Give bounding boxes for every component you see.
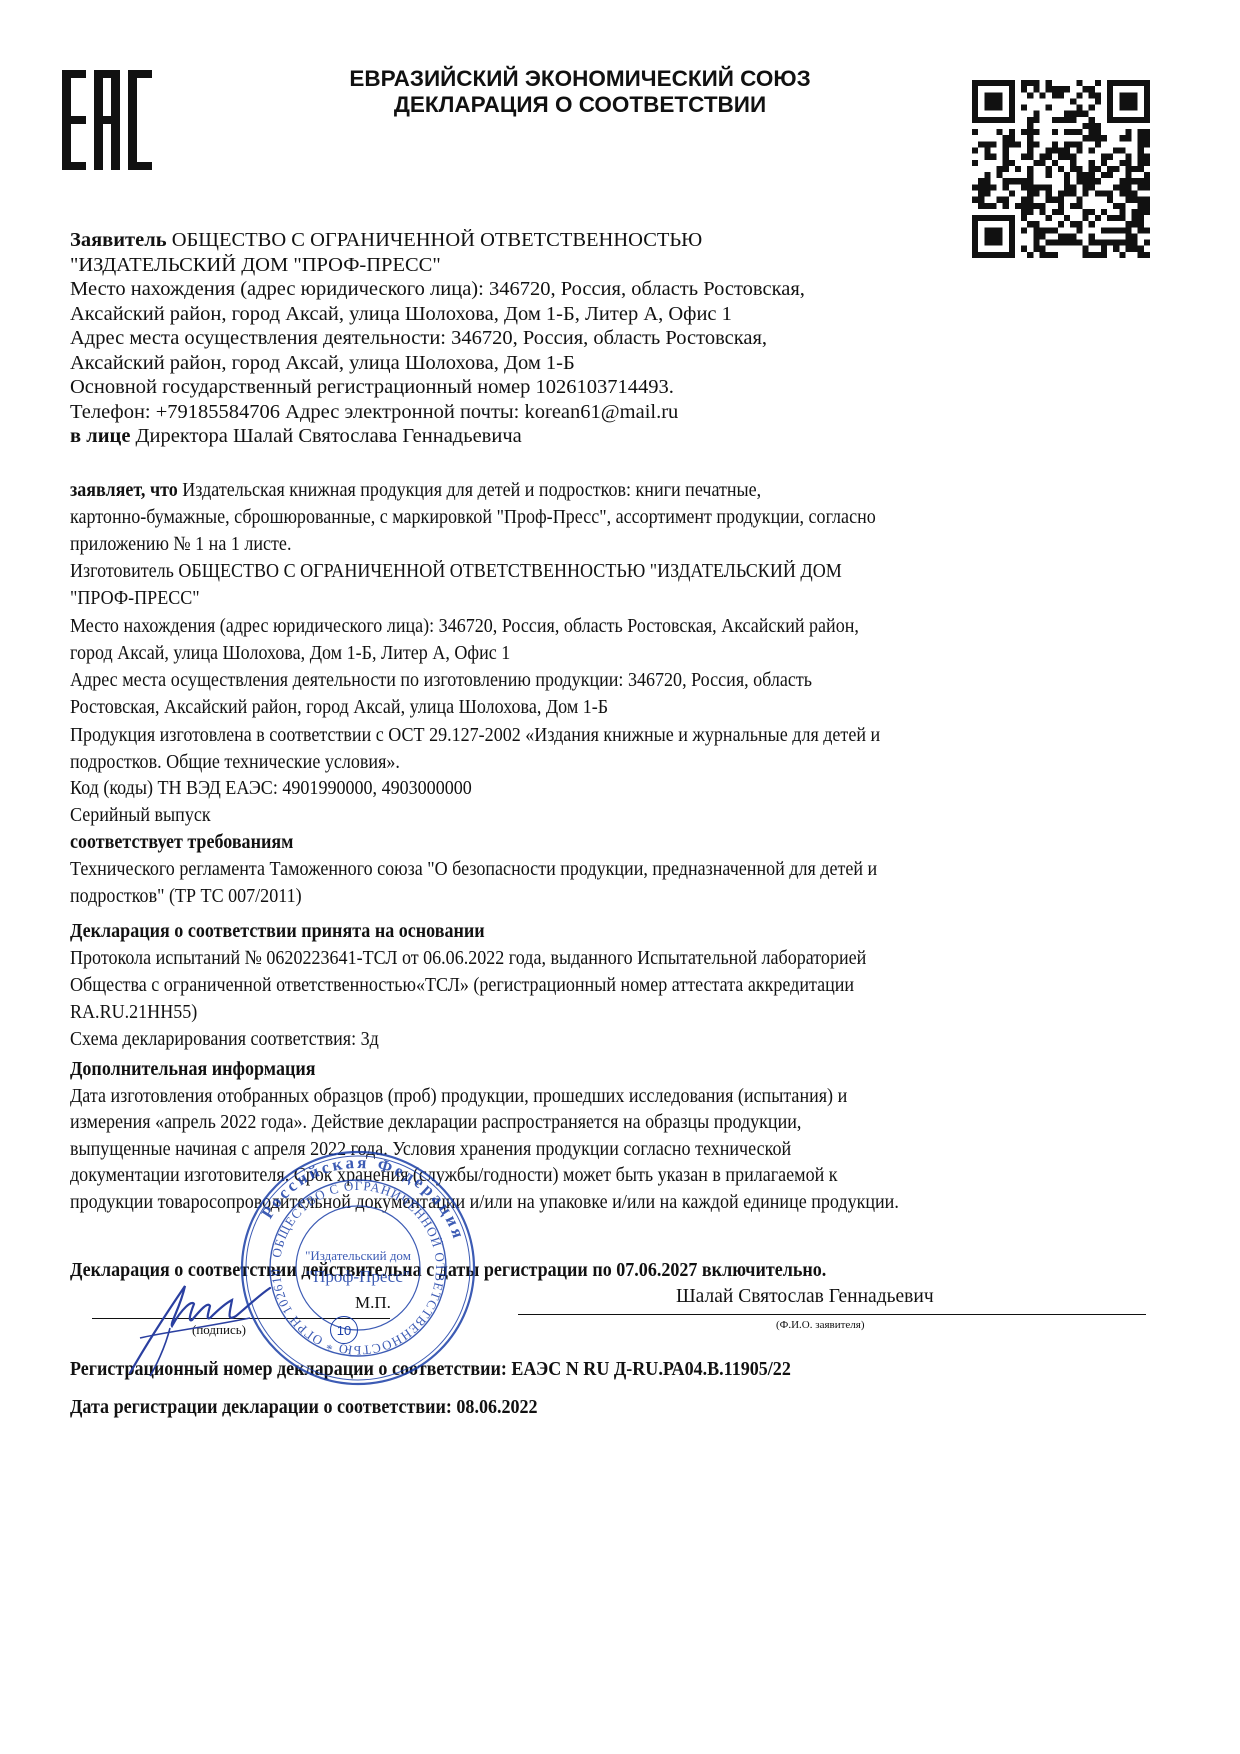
title-declaration: ДЕКЛАРАЦИЯ О СООТВЕТСТВИИ — [300, 92, 860, 118]
applicant-contacts: Телефон: +79185584706 Адрес электронной … — [70, 400, 805, 425]
additional-line-5: продукции товаросопроводительной докумен… — [70, 1189, 899, 1216]
validity-statement: Декларация о соответствии действительна … — [70, 1258, 826, 1283]
complies-label: соответствует требованиям — [70, 831, 293, 853]
test-protocol-cont: Общества с ограниченной ответственностью… — [70, 972, 866, 999]
name-caption: (Ф.И.О. заявителя) — [776, 1319, 865, 1331]
manufacturer-legal-address-cont: город Аксай, улица Шолохова, Дом 1-Б, Ли… — [70, 640, 880, 667]
signature-caption: (подпись) — [192, 1322, 246, 1338]
applicant-activity-address: Адрес места осуществления деятельности: … — [70, 326, 805, 351]
manufacturer-standard-cont: подростков. Общие технические условия». — [70, 749, 880, 776]
product-description: Издательская книжная продукция для детей… — [178, 479, 761, 501]
test-protocol: Протокола испытаний № 0620223641-ТСЛ от … — [70, 945, 866, 972]
represented-label: в лице — [70, 425, 130, 447]
codes-section: Код (коды) ТН ВЭД ЕАЭС: 4901990000, 4903… — [70, 775, 877, 910]
validity-text: Декларация о соответствии действительна … — [70, 1258, 826, 1283]
manufacturer-name-cont: "ПРОФ-ПРЕСС" — [70, 585, 880, 612]
manufacturer-legal-address: Место нахождения (адрес юридического лиц… — [70, 613, 880, 640]
production-type: Серийный выпуск — [70, 802, 877, 829]
manufacturer-name: Изготовитель ОБЩЕСТВО С ОГРАНИЧЕННОЙ ОТВ… — [70, 558, 880, 585]
applicant-section: Заявитель ОБЩЕСТВО С ОГРАНИЧЕННОЙ ОТВЕТС… — [70, 228, 805, 449]
additional-line-2: измерения «апрель 2022 года». Действие д… — [70, 1109, 899, 1136]
additional-line-3: выпущенные начиная с апреля 2022 года. У… — [70, 1136, 899, 1163]
registration-date: Дата регистрации декларации о соответств… — [70, 1396, 538, 1419]
additional-line-1: Дата изготовления отобранных образцов (п… — [70, 1083, 899, 1110]
manufacturer-production-address-cont: Ростовская, Аксайский район, город Аксай… — [70, 694, 880, 721]
registration-number: Регистрационный номер декларации о соотв… — [70, 1358, 791, 1381]
manufacturer-production-address: Адрес места осуществления деятельности п… — [70, 667, 880, 694]
eac-mark-icon — [62, 70, 152, 170]
basis-heading: Декларация о соответствии принята на осн… — [70, 920, 485, 942]
additional-info-section: Дополнительная информация Дата изготовле… — [70, 1056, 899, 1215]
applicant-name: ОБЩЕСТВО С ОГРАНИЧЕННОЙ ОТВЕТСТВЕННОСТЬЮ — [167, 229, 703, 251]
accreditation-number: RA.RU.21НН55) — [70, 999, 866, 1026]
declares-label: заявляет, что — [70, 479, 178, 501]
stamp-place-label: М.П. — [355, 1293, 391, 1313]
title-union: ЕВРАЗИЙСКИЙ ЭКОНОМИЧЕСКИЙ СОЮЗ — [300, 66, 860, 92]
stamp-number: 10 — [330, 1316, 358, 1344]
basis-section: Декларация о соответствии принята на осн… — [70, 918, 866, 1053]
name-line — [518, 1314, 1146, 1315]
qr-code-icon[interactable] — [972, 80, 1150, 258]
signatory-name: Шалай Святослав Геннадьевич — [676, 1286, 934, 1308]
tn-ved-codes: Код (коды) ТН ВЭД ЕАЭС: 4901990000, 4903… — [70, 775, 877, 802]
manufacturer-standard: Продукция изготовлена в соответствии с О… — [70, 722, 880, 749]
regulation: Технического регламента Таможенного союз… — [70, 856, 877, 883]
regulation-cont: подростков" (ТР ТС 007/2011) — [70, 883, 877, 910]
applicant-activity-address-cont: Аксайский район, город Аксай, улица Шоло… — [70, 351, 805, 376]
additional-line-4: документации изготовителя. Срок хранения… — [70, 1162, 899, 1189]
applicant-ogrn: Основной государственный регистрационный… — [70, 375, 805, 400]
product-description-end: приложению № 1 на 1 листе. — [70, 531, 876, 558]
document-title: ЕВРАЗИЙСКИЙ ЭКОНОМИЧЕСКИЙ СОЮЗ ДЕКЛАРАЦИ… — [300, 66, 860, 118]
declaration-scheme: Схема декларирования соответствия: 3д — [70, 1026, 866, 1053]
applicant-legal-address: Место нахождения (адрес юридического лиц… — [70, 277, 805, 302]
represented-by: Директора Шалай Святослава Геннадьевича — [130, 425, 521, 447]
product-description-cont: картонно-бумажные, сброшюрованные, с мар… — [70, 504, 876, 531]
applicant-label: Заявитель — [70, 229, 167, 251]
declaration-page: ЕВРАЗИЙСКИЙ ЭКОНОМИЧЕСКИЙ СОЮЗ ДЕКЛАРАЦИ… — [0, 0, 1240, 1754]
additional-heading: Дополнительная информация — [70, 1058, 316, 1080]
applicant-legal-address-cont: Аксайский район, город Аксай, улица Шоло… — [70, 302, 805, 327]
applicant-name-cont: "ИЗДАТЕЛЬСКИЙ ДОМ "ПРОФ-ПРЕСС" — [70, 253, 805, 278]
declaration-section: заявляет, что Издательская книжная проду… — [70, 477, 876, 558]
manufacturer-section: Изготовитель ОБЩЕСТВО С ОГРАНИЧЕННОЙ ОТВ… — [70, 558, 880, 776]
